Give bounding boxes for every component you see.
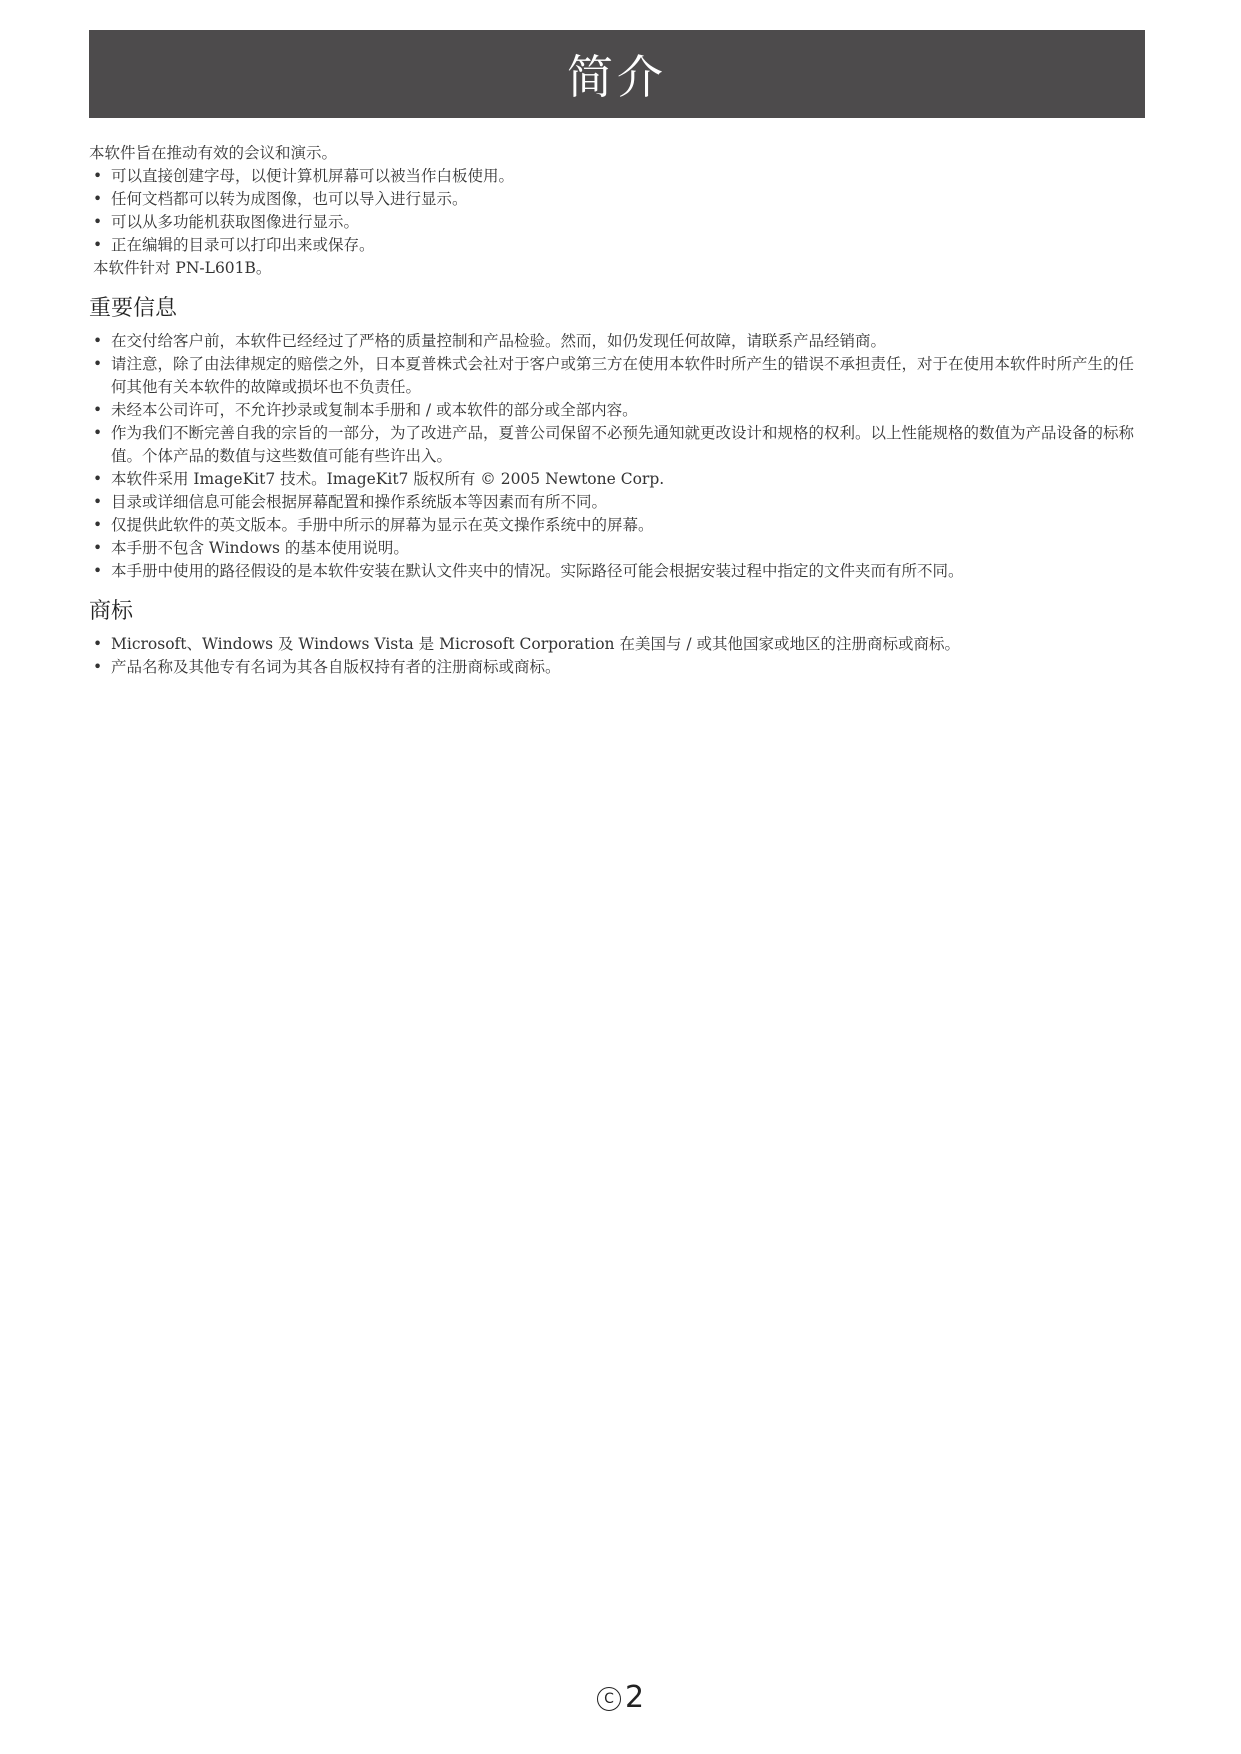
important-info-list: 在交付给客户前，本软件已经经过了严格的质量控制和产品检验。然而，如仍发现任何故障… bbox=[89, 330, 1149, 583]
section-title-bar: 简介 bbox=[89, 30, 1145, 118]
list-item: 本手册中使用的路径假设的是本软件安装在默认文件夹中的情况。实际路径可能会根据安装… bbox=[89, 560, 1149, 583]
list-item: 仅提供此软件的英文版本。手册中所示的屏幕为显示在英文操作系统中的屏幕。 bbox=[89, 514, 1149, 537]
list-item: 本手册不包含 Windows 的基本使用说明。 bbox=[89, 537, 1149, 560]
list-item: 请注意，除了由法律规定的赔偿之外，日本夏普株式会社对于客户或第三方在使用本软件时… bbox=[89, 353, 1149, 399]
list-item: 作为我们不断完善自我的宗旨的一部分，为了改进产品，夏普公司保留不必预先通知就更改… bbox=[89, 422, 1149, 468]
list-item: 产品名称及其他专有名词为其各自版权持有者的注册商标或商标。 bbox=[89, 656, 1149, 679]
list-item: 在交付给客户前，本软件已经经过了严格的质量控制和产品检验。然而，如仍发现任何故障… bbox=[89, 330, 1149, 353]
intro-lead: 本软件旨在推动有效的会议和演示。 bbox=[89, 142, 1149, 165]
important-info-heading: 重要信息 bbox=[89, 294, 1149, 324]
trademarks-list: Microsoft、Windows 及 Windows Vista 是 Micr… bbox=[89, 633, 1149, 679]
list-item: 目录或详细信息可能会根据屏幕配置和操作系统版本等因素而有所不同。 bbox=[89, 491, 1149, 514]
intro-bullet-list: 可以直接创建字母，以便计算机屏幕可以被当作白板使用。 任何文档都可以转为成图像，… bbox=[89, 165, 1149, 257]
page-title: 简介 bbox=[567, 41, 667, 107]
list-item: 任何文档都可以转为成图像，也可以导入进行显示。 bbox=[89, 188, 1149, 211]
page-number: 2 bbox=[625, 1680, 644, 1715]
list-item: 可以从多功能机获取图像进行显示。 bbox=[89, 211, 1149, 234]
list-item: Microsoft、Windows 及 Windows Vista 是 Micr… bbox=[89, 633, 1149, 656]
list-item: 正在编辑的目录可以打印出来或保存。 bbox=[89, 234, 1149, 257]
list-item: 本软件采用 ImageKit7 技术。ImageKit7 版权所有 © 2005… bbox=[89, 468, 1149, 491]
list-item: 可以直接创建字母，以便计算机屏幕可以被当作白板使用。 bbox=[89, 165, 1149, 188]
document-body: 本软件旨在推动有效的会议和演示。 可以直接创建字母，以便计算机屏幕可以被当作白板… bbox=[89, 142, 1149, 679]
intro-target-model: 本软件针对 PN-L601B。 bbox=[89, 257, 1149, 280]
trademarks-heading: 商标 bbox=[89, 597, 1149, 627]
page-footer: C2 bbox=[0, 1680, 1241, 1715]
list-item: 未经本公司许可，不允许抄录或复制本手册和 / 或本软件的部分或全部内容。 bbox=[89, 399, 1149, 422]
language-mark-icon: C bbox=[597, 1687, 621, 1711]
